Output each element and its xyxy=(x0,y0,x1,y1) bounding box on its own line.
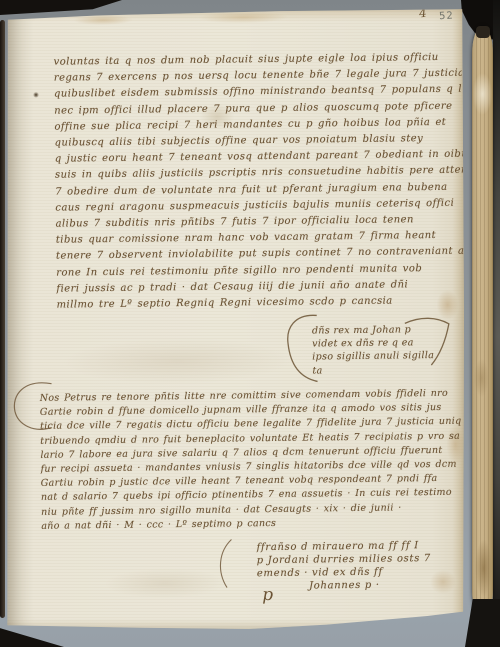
marginal-bracket-right-icon xyxy=(405,313,454,372)
backdrop-corner-bottom-left xyxy=(0,626,64,647)
ink-blot-stain xyxy=(33,92,39,98)
manuscript-page: 4 52 voluntas ita q nos dum nob placuit … xyxy=(6,8,464,629)
text-line: p Jordani durries milies osts 7 xyxy=(257,552,457,567)
show-through-smudge xyxy=(62,337,293,386)
backdrop-corner-top-left xyxy=(0,0,122,15)
page-surface: 4 52 voluntas ita q nos dum nob placuit … xyxy=(3,5,469,632)
paragraph-2: Nos Petrus re tenore pñtis litte nre com… xyxy=(40,387,468,534)
stain xyxy=(73,15,133,26)
stain xyxy=(198,11,288,24)
binding-gutter-edge xyxy=(0,20,5,618)
folio-ink-mark: 4 xyxy=(418,6,427,21)
bottom-note: ffrañso d mirauero ma ff ff I p Jordani … xyxy=(256,539,457,593)
backdrop-edge-right xyxy=(493,0,500,647)
bottom-note-paren-icon xyxy=(213,537,236,591)
stain xyxy=(105,568,225,599)
paragraph-1: voluntas ita q nos dum nob placuit sius … xyxy=(54,50,465,314)
text-line: Johannes p · xyxy=(257,578,457,593)
book-fore-edge xyxy=(472,28,493,616)
notary-flourish: p xyxy=(262,585,273,605)
backdrop-corner-bottom-right xyxy=(465,599,500,647)
fore-edge-dark-cap xyxy=(476,26,490,38)
folio-number-pencil: 52 xyxy=(439,10,454,22)
photograph-of-manuscript: 4 52 voluntas ita q nos dum nob placuit … xyxy=(0,0,500,647)
